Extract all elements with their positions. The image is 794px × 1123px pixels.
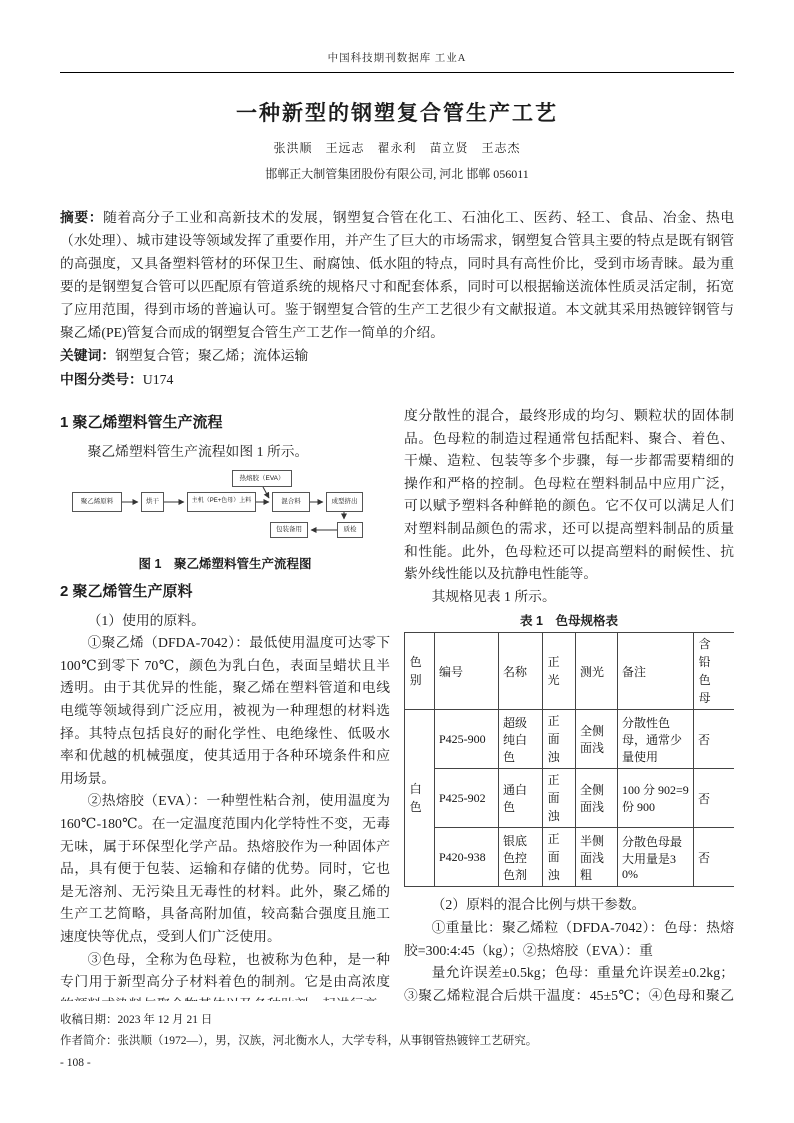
- clc-label: 中图分类号：: [60, 372, 143, 387]
- section-2-p3: ②热熔胶（EVA）：一种塑性粘合剂，使用温度为160℃-180℃。在一定温度范围…: [60, 790, 390, 948]
- journal-page: 中国科技期刊数据库 工业A 一种新型的钢塑复合管生产工艺 张洪顺 王远志 翟永利…: [0, 0, 794, 1123]
- cell-side-light: 半侧面浅粗: [576, 828, 618, 887]
- cell-remark: 100 分 902=9 份 900: [618, 769, 694, 828]
- left-column: 1 聚乙烯塑料管生产流程 聚乙烯塑料管生产流程如图 1 所示。: [60, 405, 390, 1001]
- section-2-p6: ①重量比：聚乙烯粒（DFDA-7042）：色母：热熔胶=300:4:45（kg）…: [404, 917, 734, 962]
- cell-side-light: 全侧面浅: [576, 710, 618, 769]
- flow-box-inspection: 质检: [337, 522, 363, 538]
- flow-box-packaging: 包装备用: [270, 522, 308, 538]
- received-date: 收稿日期：2023 年 12 月 21 日: [60, 1010, 734, 1031]
- col-header-lead-content: 含铅色母: [694, 633, 735, 710]
- right-column: 度分散性的混合，最终形成的均匀、颗粒状的固体制品。色母粒的制造过程通常包括配料、…: [404, 405, 734, 1001]
- section-2-heading: 2 聚乙烯管生产原料: [60, 580, 390, 601]
- section-2-p4-continued: 度分散性的混合，最终形成的均匀、颗粒状的固体制品。色母粒的制造过程通常包括配料、…: [404, 405, 734, 586]
- flow-box-hot-melt-eva: 热熔胶（EVA）: [232, 470, 292, 487]
- section-2-p1: （1）使用的原料。: [60, 610, 390, 633]
- clc-line: 中图分类号：U174: [60, 368, 734, 392]
- journal-name: 中国科技期刊数据库 工业A: [328, 53, 467, 64]
- table-1-caption: 表 1 色母规格表: [404, 611, 734, 629]
- table-intro: 其规格见表 1 所示。: [404, 586, 734, 609]
- figure-1-caption: 图 1 聚乙烯塑料管生产流程图: [60, 554, 390, 572]
- flow-box-main-feeder: 主机（PE+色母）上料: [187, 492, 256, 512]
- keywords-line: 关键词：钢塑复合管；聚乙烯；流体运输: [60, 344, 734, 368]
- cell-code: P425-900: [435, 710, 499, 769]
- color-masterbatch-spec-table: 色别 编号 名称 正光 测光 备注 含铅色母 白色 P425-900 超级纯白色…: [404, 632, 734, 887]
- cell-front-light: 正面浊: [543, 828, 576, 887]
- cell-front-light: 正面浊: [543, 769, 576, 828]
- abstract-label: 摘要：: [60, 210, 103, 225]
- cell-name: 通白色: [499, 769, 543, 828]
- authors-line: 张洪顺 王远志 翟永利 苗立贤 王志杰: [60, 139, 734, 156]
- section-1-intro: 聚乙烯塑料管生产流程如图 1 所示。: [60, 441, 390, 464]
- cell-remark: 分散性色母，通常少量使用: [618, 710, 694, 769]
- cell-color-group: 白色: [405, 710, 435, 887]
- cell-front-light: 正面浊: [543, 710, 576, 769]
- cell-code: P425-902: [435, 769, 499, 828]
- section-2-p4-left: ③色母，全称为色母粒，也被称为色种，是一种专门用于新型高分子材料着色的制剂。它是…: [60, 949, 390, 1002]
- col-header-side-light: 测光: [576, 633, 618, 710]
- affiliation-line: 邯郸正大制管集团股份有限公司, 河北 邯郸 056011: [60, 165, 734, 182]
- section-1-heading: 1 聚乙烯塑料管生产流程: [60, 411, 390, 432]
- flow-box-mixture: 混合料: [272, 492, 310, 512]
- figure-1-flowchart: 热熔胶（EVA） 聚乙烯原料 烘干 主机（PE+色母）上料 混合料 成型挤出 质…: [60, 469, 390, 551]
- page-number: - 108 -: [60, 1053, 734, 1074]
- cell-remark: 分散色母最大用量是30%: [618, 828, 694, 887]
- cell-side-light: 全侧面浅: [576, 769, 618, 828]
- cell-lead: 否: [694, 769, 735, 828]
- col-header-code: 编号: [435, 633, 499, 710]
- flow-box-pe-raw: 聚乙烯原料: [72, 492, 122, 512]
- section-2-p7: 量允许误差±0.5kg；色母：重量允许误差±0.2kg；③聚乙烯粒混合后烘干温度…: [404, 962, 734, 1001]
- table-row: P420-938 银底色控色剂 正面浊 半侧面浅粗 分散色母最大用量是30% 否: [405, 828, 735, 887]
- author-bio: 作者简介：张洪顺（1972—），男，汉族，河北衡水人，大学专科，从事钢管热镀锌工…: [60, 1031, 734, 1052]
- table-row: 白色 P425-900 超级纯白色 正面浊 全侧面浅 分散性色母，通常少量使用 …: [405, 710, 735, 769]
- flow-box-extrusion: 成型挤出: [326, 492, 363, 512]
- keywords-text: 钢塑复合管；聚乙烯；流体运输: [115, 348, 308, 363]
- cell-name: 银底色控色剂: [499, 828, 543, 887]
- cell-code: P420-938: [435, 828, 499, 887]
- abstract-text: 随着高分子工业和高新技术的发展，钢塑复合管在化工、石油化工、医药、轻工、食品、冶…: [60, 210, 734, 340]
- journal-header: 中国科技期刊数据库 工业A: [60, 50, 734, 73]
- col-header-color-group: 色别: [405, 633, 435, 710]
- col-header-remark: 备注: [618, 633, 694, 710]
- keywords-label: 关键词：: [60, 348, 115, 363]
- table-header-row: 色别 编号 名称 正光 测光 备注 含铅色母: [405, 633, 735, 710]
- table-row: P425-902 通白色 正面浊 全侧面浅 100 分 902=9 份 900 …: [405, 769, 735, 828]
- page-footer: 收稿日期：2023 年 12 月 21 日 作者简介：张洪顺（1972—），男，…: [60, 1010, 734, 1074]
- flow-box-drying: 烘干: [141, 492, 164, 512]
- col-header-name: 名称: [499, 633, 543, 710]
- abstract-paragraph: 摘要：随着高分子工业和高新技术的发展，钢塑复合管在化工、石油化工、医药、轻工、食…: [60, 206, 734, 344]
- cell-lead: 否: [694, 828, 735, 887]
- section-2-p5: （2）原料的混合比例与烘干参数。: [404, 894, 734, 917]
- col-header-front-light: 正光: [543, 633, 576, 710]
- page-title: 一种新型的钢塑复合管生产工艺: [60, 97, 734, 127]
- two-column-body: 1 聚乙烯塑料管生产流程 聚乙烯塑料管生产流程如图 1 所示。: [60, 405, 734, 1001]
- clc-text: U174: [143, 372, 174, 387]
- cell-name: 超级纯白色: [499, 710, 543, 769]
- cell-lead: 否: [694, 710, 735, 769]
- section-2-p2: ①聚乙烯（DFDA-7042）：最低使用温度可达零下100℃到零下 70℃，颜色…: [60, 632, 390, 790]
